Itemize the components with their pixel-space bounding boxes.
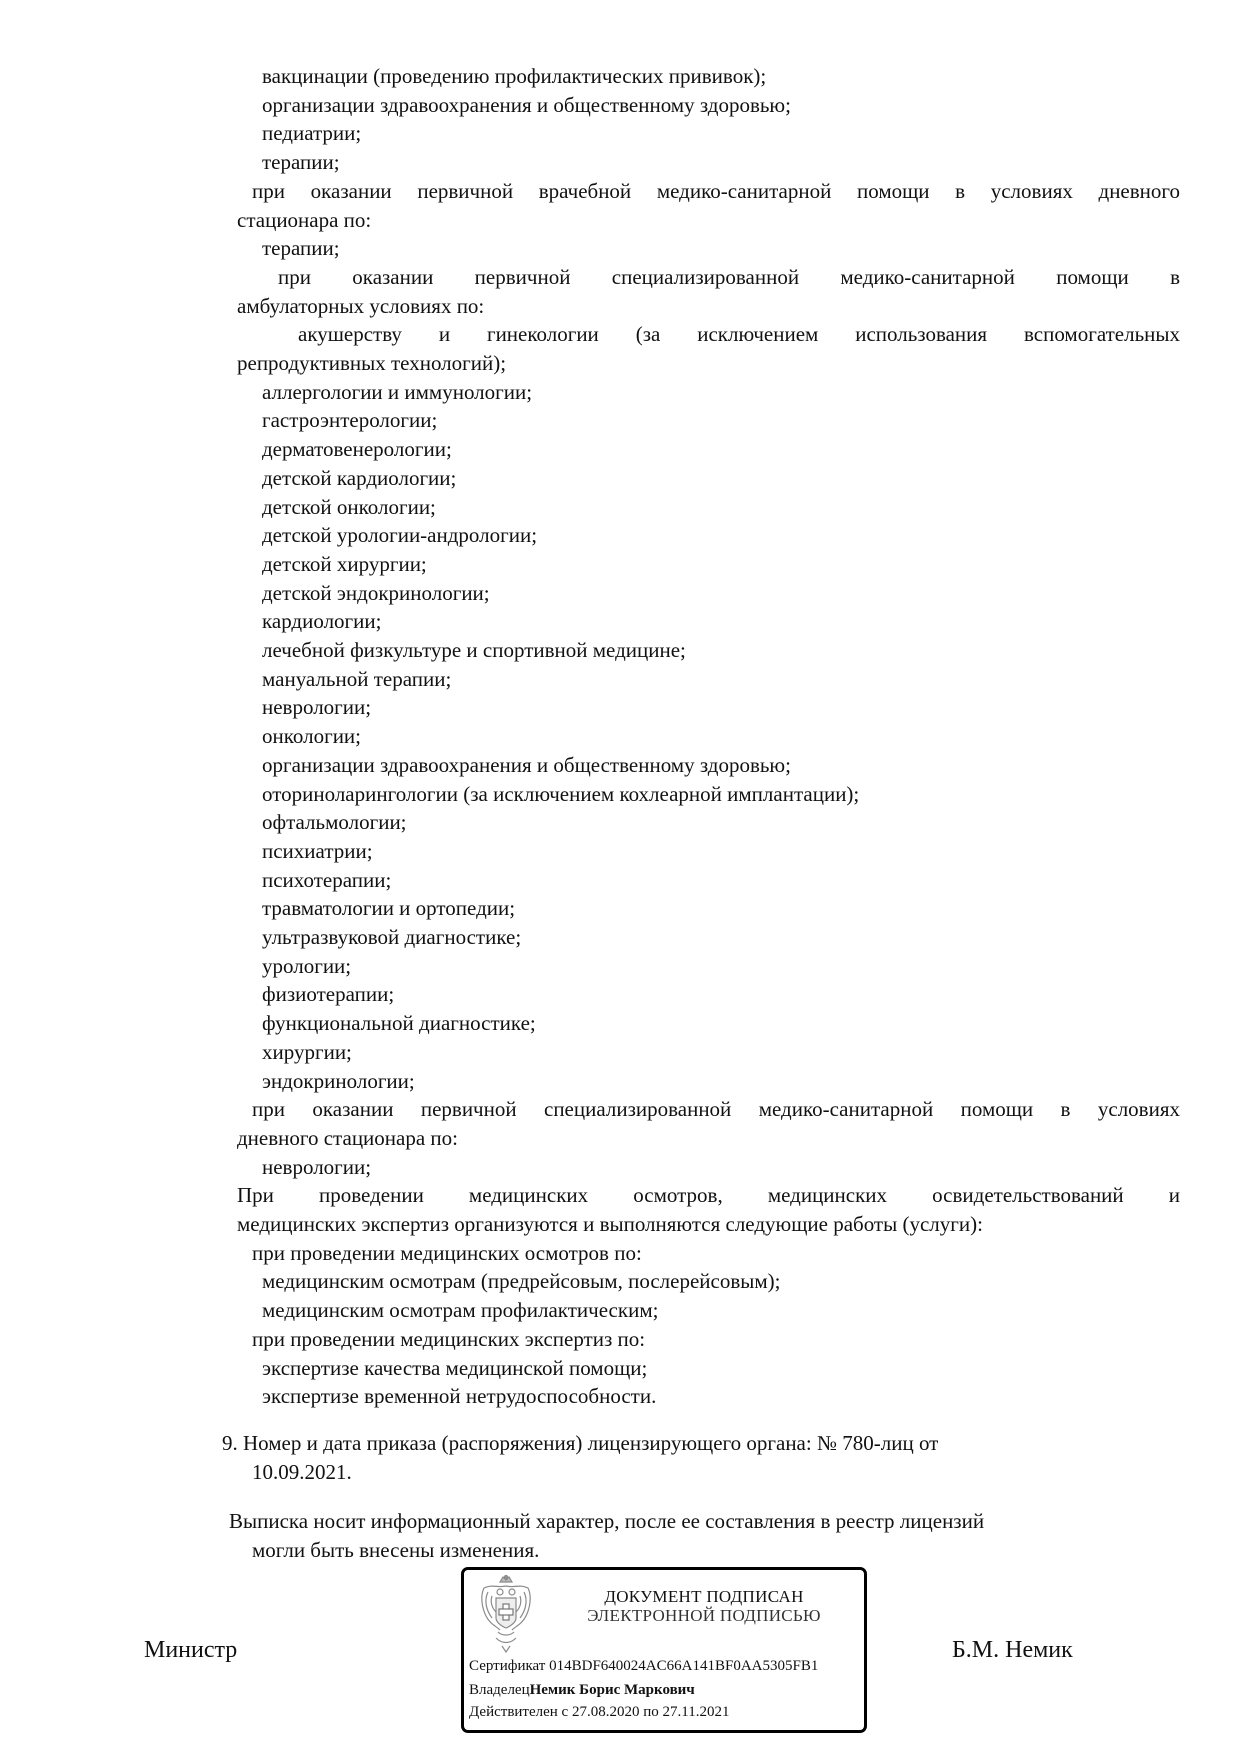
- document-line: неврологии;: [262, 695, 371, 719]
- document-line: психотерапии;: [262, 868, 391, 892]
- document-line: организации здравоохранения и общественн…: [262, 93, 791, 117]
- document-line: педиатрии;: [262, 121, 361, 145]
- document-line: детской эндокринологии;: [262, 581, 490, 605]
- document-line: физиотерапии;: [262, 982, 394, 1006]
- valid-label: Действителен с: [469, 1704, 568, 1720]
- document-line: репродуктивных технологий);: [237, 351, 506, 375]
- owner-row: ВладелецНемик Борис Маркович: [469, 1681, 695, 1699]
- document-line: при оказании первичной врачебной медико-…: [252, 179, 1180, 203]
- document-line: при проведении медицинских осмотров по:: [252, 1241, 642, 1265]
- document-line: экспертизе качества медицинской помощи;: [262, 1356, 647, 1380]
- document-line: гастроэнтерологии;: [262, 408, 437, 432]
- notice-line-2: могли быть внесены изменения.: [252, 1538, 539, 1562]
- document-line: мануальной терапии;: [262, 667, 451, 691]
- document-line: терапии;: [262, 236, 340, 260]
- document-line: медицинским осмотрам профилактическим;: [262, 1298, 658, 1322]
- document-line: детской онкологии;: [262, 495, 436, 519]
- certificate-label: Сертификат: [469, 1658, 545, 1674]
- document-line: терапии;: [262, 150, 340, 174]
- document-line: аллергологии и иммунологии;: [262, 380, 532, 404]
- document-line: дневного стационара по:: [237, 1126, 458, 1150]
- document-line: экспертизе временной нетрудоспособности.: [262, 1384, 656, 1408]
- document-line: ультразвуковой диагностике;: [262, 925, 521, 949]
- document-line: кардиологии;: [262, 609, 381, 633]
- document-line: лечебной физкультуре и спортивной медици…: [262, 638, 686, 662]
- stamp-title-line-1: ДОКУМЕНТ ПОДПИСАН: [554, 1587, 854, 1607]
- certificate-number: 014BDF640024AC66A141BF0AA5305FB1: [549, 1658, 818, 1674]
- document-line: дерматовенерологии;: [262, 437, 452, 461]
- document-line: неврологии;: [262, 1155, 371, 1179]
- owner-name: Немик Борис Маркович: [530, 1682, 695, 1698]
- document-line: офтальмологии;: [262, 810, 407, 834]
- section-9-line-1: 9. Номер и дата приказа (распоряжения) л…: [222, 1431, 938, 1455]
- validity-row: Действителен с 27.08.2020 по 27.11.2021: [469, 1703, 729, 1721]
- notice-line-1: Выписка носит информационный характер, п…: [229, 1509, 984, 1533]
- document-line: амбулаторных условиях по:: [237, 294, 484, 318]
- section-9-line-2: 10.09.2021.: [252, 1460, 352, 1484]
- certificate-row: Сертификат 014BDF640024AC66A141BF0AA5305…: [469, 1657, 818, 1675]
- document-line: вакцинации (проведению профилактических …: [262, 64, 766, 88]
- document-line: детской урологии-андрологии;: [262, 523, 537, 547]
- document-line: медицинских экспертиз организуются и вып…: [237, 1212, 983, 1236]
- document-line: медицинским осмотрам (предрейсовым, посл…: [262, 1269, 780, 1293]
- document-line: хирургии;: [262, 1040, 352, 1064]
- document-line: акушерству и гинекологии (за исключением…: [298, 322, 1180, 346]
- document-line: травматологии и ортопедии;: [262, 896, 515, 920]
- signer-position: Министр: [144, 1636, 237, 1664]
- document-page: вакцинации (проведению профилактических …: [0, 0, 1240, 1754]
- document-line: организации здравоохранения и общественн…: [262, 753, 791, 777]
- document-line: онкологии;: [262, 724, 361, 748]
- document-line: стационара по:: [237, 208, 371, 232]
- coat-of-arms-icon: [474, 1574, 538, 1654]
- document-line: функциональной диагностике;: [262, 1011, 536, 1035]
- document-line: при проведении медицинских экспертиз по:: [252, 1327, 645, 1351]
- owner-label: Владелец: [469, 1682, 530, 1698]
- valid-to: 27.11.2021: [663, 1704, 730, 1720]
- document-line: детской кардиологии;: [262, 466, 456, 490]
- electronic-signature-stamp: ДОКУМЕНТ ПОДПИСАН ЭЛЕКТРОННОЙ ПОДПИСЬЮ С…: [461, 1567, 867, 1733]
- document-line: при оказании первичной специализированно…: [252, 1097, 1180, 1121]
- document-line: При проведении медицинских осмотров, мед…: [237, 1183, 1180, 1207]
- valid-from: 27.08.2020: [572, 1704, 640, 1720]
- document-line: при оказании первичной специализированно…: [278, 265, 1180, 289]
- document-line: урологии;: [262, 954, 351, 978]
- document-line: оториноларингологии (за исключением кохл…: [262, 782, 859, 806]
- document-line: детской хирургии;: [262, 552, 427, 576]
- document-line: эндокринологии;: [262, 1069, 415, 1093]
- stamp-title-line-2: ЭЛЕКТРОННОЙ ПОДПИСЬЮ: [554, 1606, 854, 1626]
- signer-name: Б.М. Немик: [952, 1636, 1073, 1664]
- document-line: психиатрии;: [262, 839, 373, 863]
- valid-to-label: по: [643, 1704, 659, 1720]
